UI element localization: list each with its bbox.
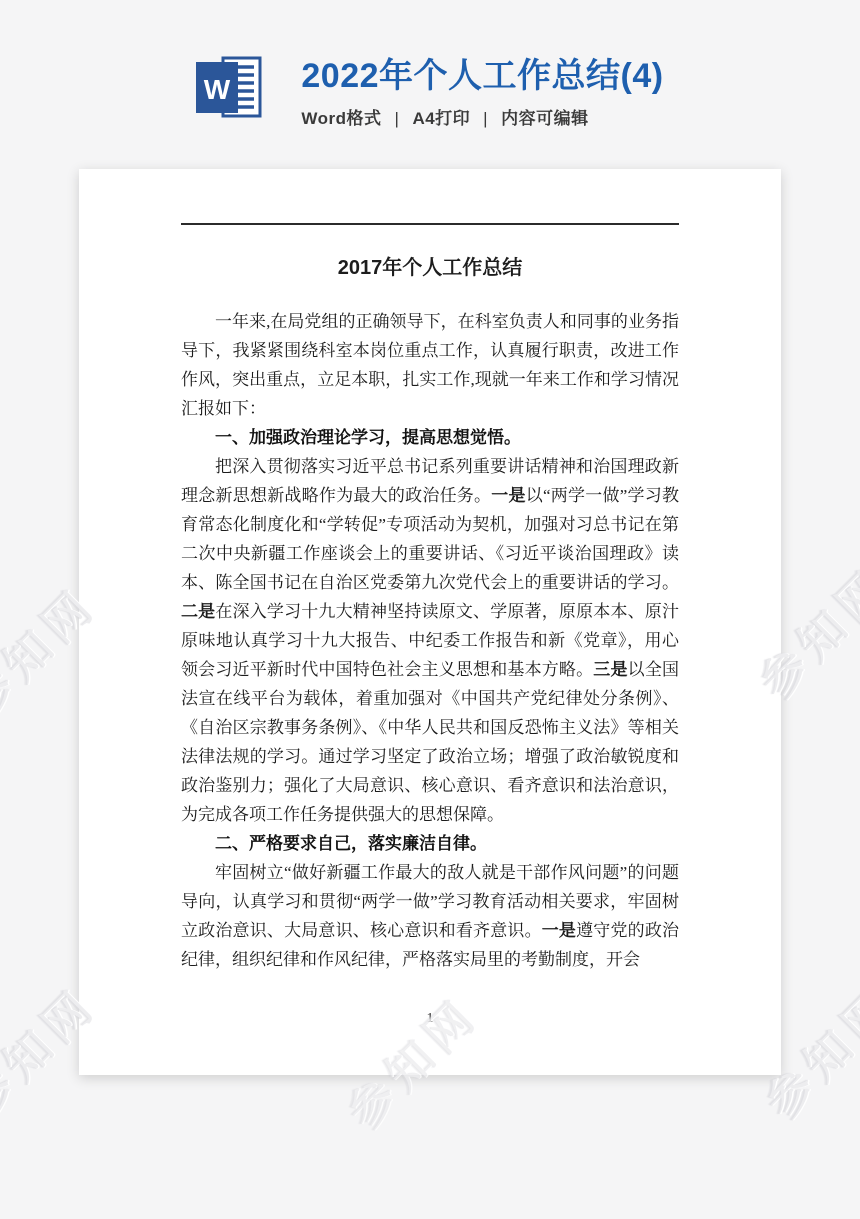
text-run: 一年来,在局党组的正确领导下，在科室负责人和同事的业务指导下，我紧紧围绕科室本岗… — [181, 312, 679, 418]
site-header: W 2022年个人工作总结(4) Word格式|A4打印|内容可编辑 — [0, 0, 860, 169]
doc-title: 2017年个人工作总结 — [181, 256, 679, 280]
header-text: 2022年个人工作总结(4) Word格式|A4打印|内容可编辑 — [301, 56, 663, 129]
bold-run: 一是 — [542, 921, 576, 940]
text-run: 以全国法宣在线平台为载体，着重加强对《中国共产党纪律处分条例》、《自治区宗教事务… — [181, 660, 679, 824]
body-paragraph: 把深入贯彻落实习近平总书记系列重要讲话精神和治国理政新理念新思想新战略作为最大的… — [181, 452, 679, 829]
document-page: 2017年个人工作总结 一年来,在局党组的正确领导下，在科室负责人和同事的业务指… — [79, 169, 781, 1075]
doc-body: 一年来,在局党组的正确领导下，在科室负责人和同事的业务指导下，我紧紧围绕科室本岗… — [181, 307, 679, 974]
bold-run: 三是 — [593, 660, 627, 679]
page-title: 2022年个人工作总结(4) — [301, 56, 663, 96]
section-heading: 一、加强政治理论学习，提高思想觉悟。 — [181, 423, 679, 452]
subtitle-badge: A4打印 — [412, 109, 470, 128]
svg-text:W: W — [204, 74, 231, 105]
subtitle-separator: | — [395, 109, 400, 128]
page-number: 1 — [79, 1011, 781, 1027]
bold-run: 一、加强政治理论学习，提高思想觉悟。 — [215, 428, 521, 447]
body-paragraph: 牢固树立“做好新疆工作最大的敌人就是干部作风问题”的问题导向，认真学习和贯彻“两… — [181, 858, 679, 974]
body-paragraph: 一年来,在局党组的正确领导下，在科室负责人和同事的业务指导下，我紧紧围绕科室本岗… — [181, 307, 679, 423]
word-icon: W — [196, 56, 263, 120]
bold-run: 二是 — [181, 602, 215, 621]
subtitle-badge: Word格式 — [301, 109, 381, 128]
section-heading: 二、严格要求自己，落实廉洁自律。 — [181, 829, 679, 858]
subtitle: Word格式|A4打印|内容可编辑 — [301, 104, 588, 129]
subtitle-separator: | — [483, 109, 488, 128]
bold-run: 一是 — [491, 486, 525, 505]
subtitle-badge: 内容可编辑 — [501, 109, 589, 128]
bold-run: 二、严格要求自己，落实廉洁自律。 — [215, 834, 487, 853]
divider-line — [181, 223, 679, 225]
